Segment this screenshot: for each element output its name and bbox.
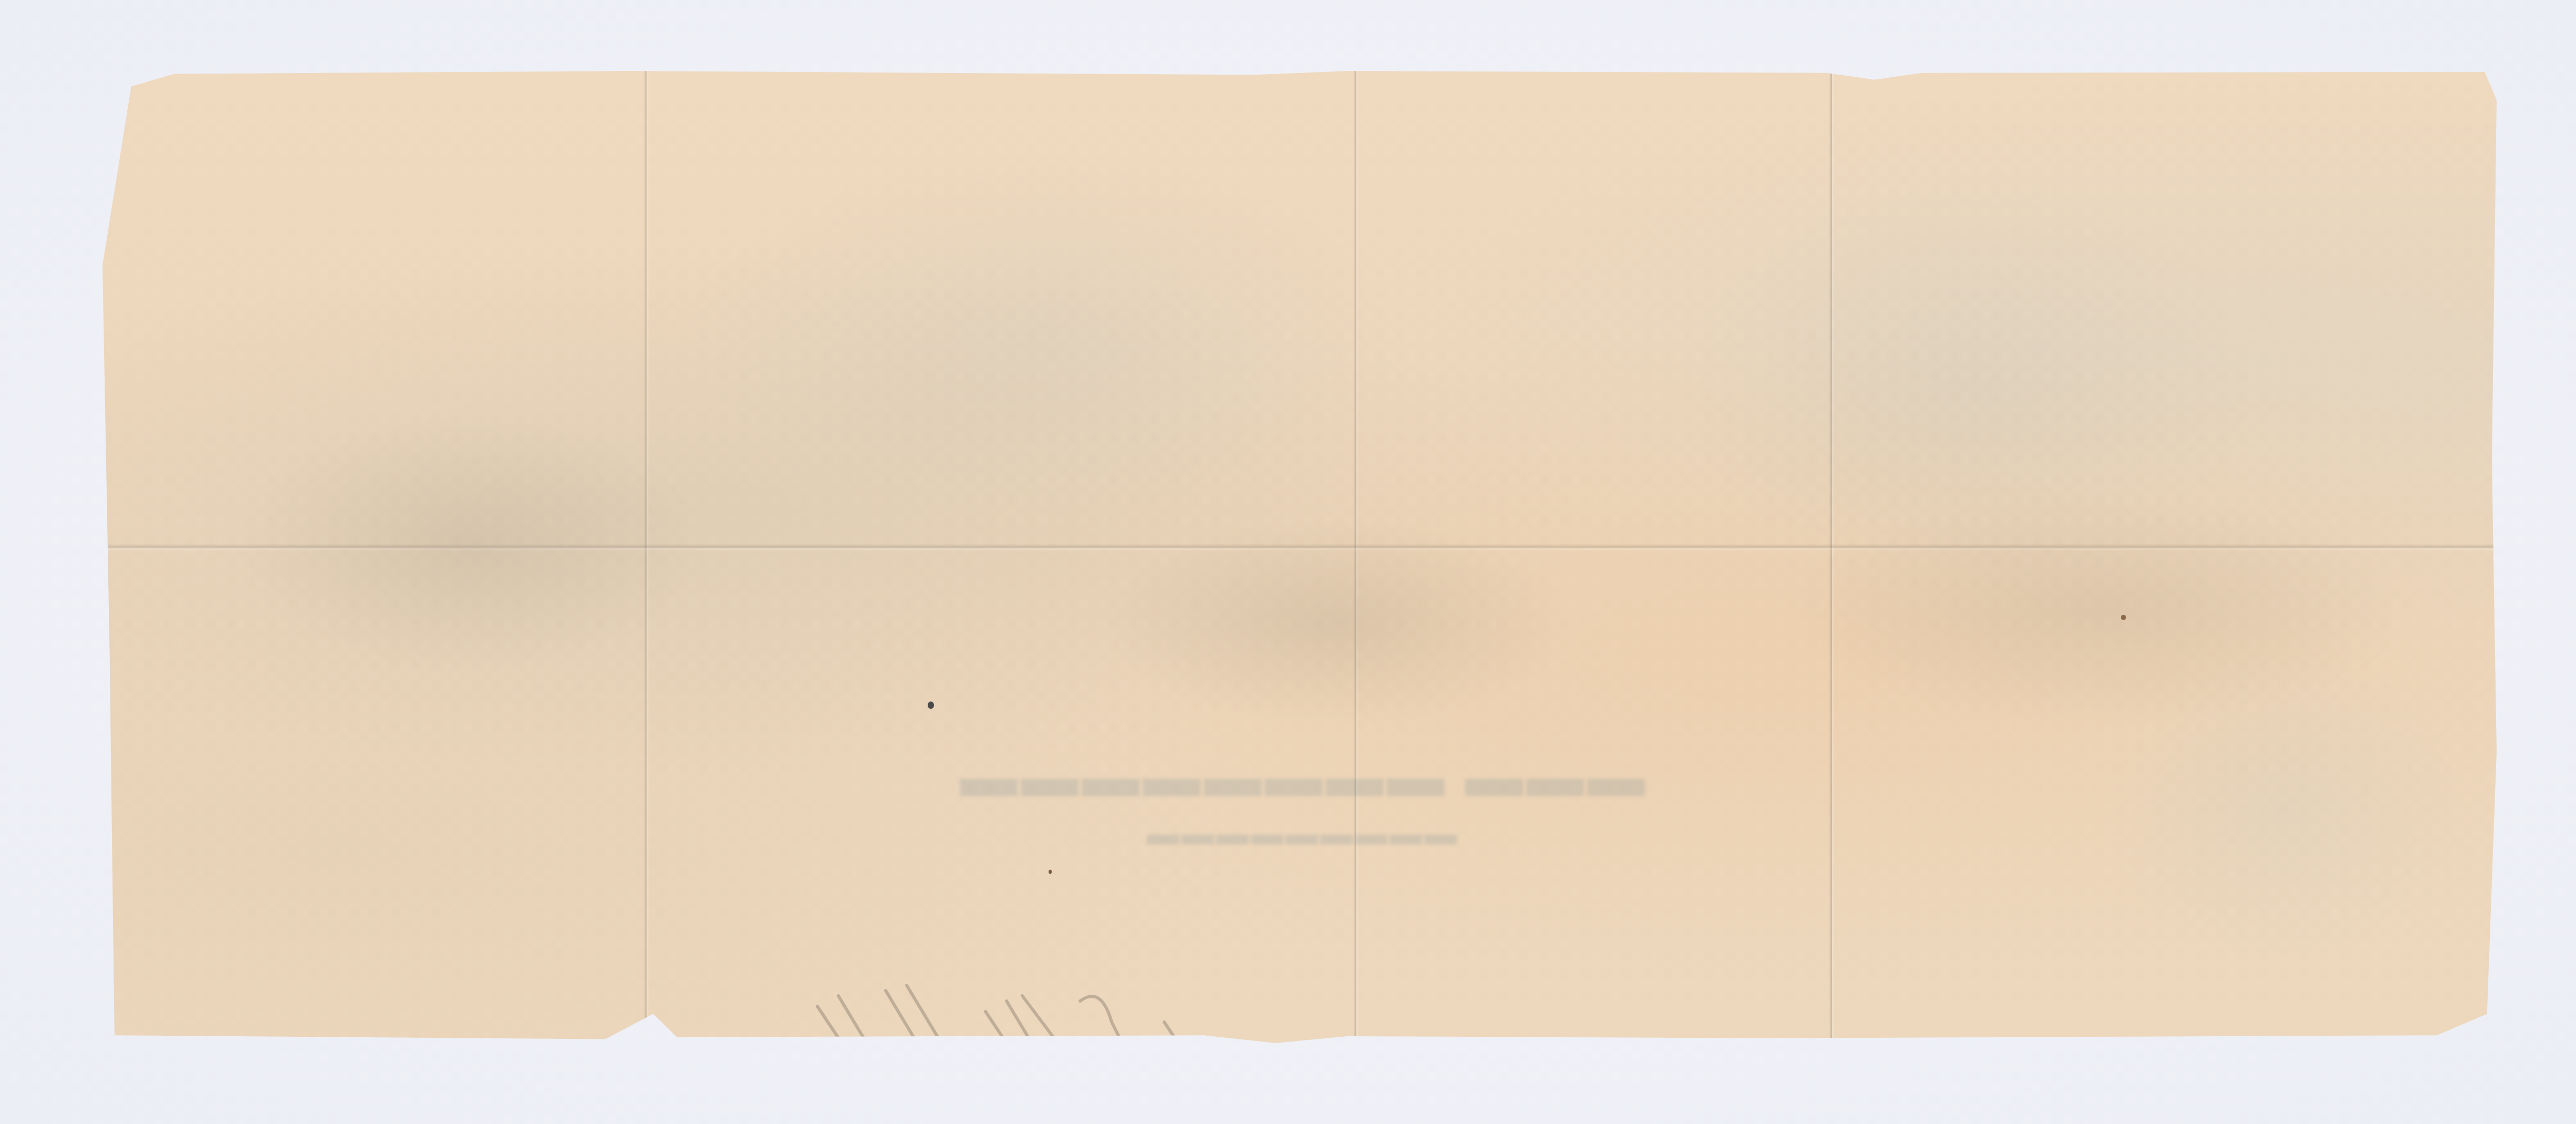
ink-speck (928, 702, 934, 709)
ink-show-through (681, 150, 1417, 518)
ink-speck (2121, 615, 2126, 620)
grime-stain (234, 413, 707, 675)
ink-speck (1049, 870, 1052, 874)
photo-background: ▬▬▬ ▬▬▬▬▬▬▬▬ ▬▬▬▬▬▬▬▬▬ (0, 0, 2576, 1124)
horizontal-fold (102, 544, 2497, 551)
show-through-line-1: ▬▬▬ ▬▬▬▬▬▬▬▬ (880, 744, 1721, 810)
banknote-reverse: ▬▬▬ ▬▬▬▬▬▬▬▬ ▬▬▬▬▬▬▬▬▬ (102, 71, 2497, 1043)
show-through-line-2: ▬▬▬▬▬▬▬▬▬ (880, 816, 1721, 853)
mirrored-print-show-through: ▬▬▬ ▬▬▬▬▬▬▬▬ ▬▬▬▬▬▬▬▬▬ (880, 744, 1721, 853)
vertical-fold (1829, 71, 1834, 1043)
grime-stain (1784, 491, 2415, 728)
signature-show-through (786, 975, 1206, 1059)
vertical-fold (644, 71, 649, 1043)
ink-show-through (1679, 176, 2257, 596)
grime-stain (1101, 518, 1574, 728)
ink-show-through (2100, 649, 2468, 964)
vertical-fold (1353, 71, 1359, 1043)
